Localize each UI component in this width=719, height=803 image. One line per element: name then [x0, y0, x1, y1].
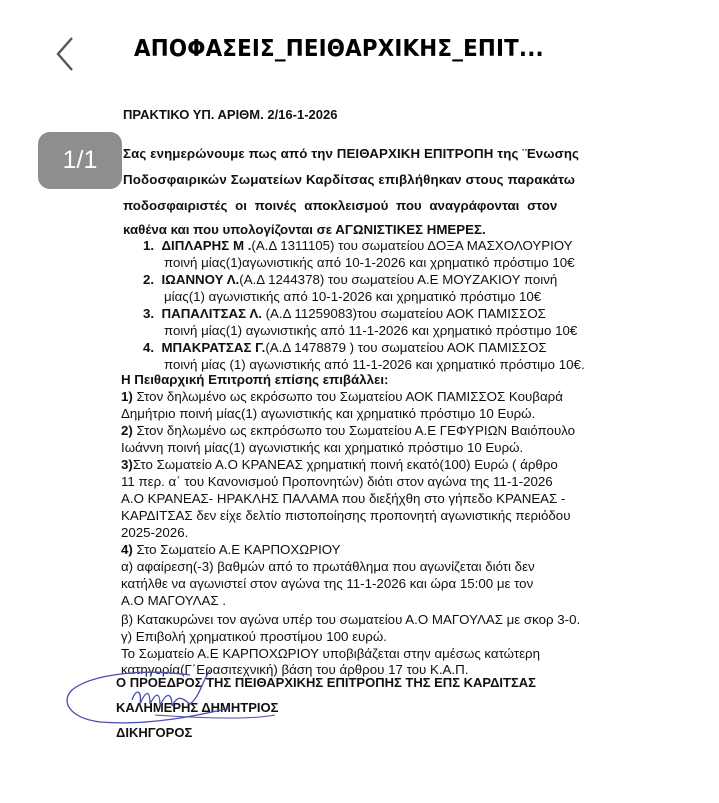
player-name: ΠΑΠΑΛΙΤΣΑΣ Λ. [161, 306, 261, 321]
decision-line: Το Σωματείο Α.Ε ΚΑΡΠΟΧΩΡΙΟΥ υποβιβάζεται… [121, 646, 540, 661]
decision-item: 3)Στο Σωματείο Α.Ο ΚΡΑΝΕΑΣ χρηματική ποι… [121, 457, 558, 472]
intro-line: καθένα και που υπολογίζονται σε ΑΓΩΝΙΣΤΙ… [123, 222, 486, 237]
decision-line: Δημήτριο ποινή μίας(1) αγωνιστικής και χ… [121, 406, 535, 421]
decision-line: γ) Επιβολή χρηματικού προστίμου 100 ευρώ… [121, 629, 387, 644]
intro-line: Ποδοσφαιρικών Σωματείων Καρδίτσας επιβλή… [123, 172, 575, 187]
decision-item: 4) Στο Σωματείο Α.Ε ΚΑΡΠΟΧΩΡΙΟΥ [121, 542, 341, 557]
list-item: 1. ΔΙΠΛΑΡΗΣ Μ .(Α.Δ 1311105) του σωματεί… [143, 238, 573, 253]
player-name: ΔΙΠΛΑΡΗΣ Μ . [161, 238, 251, 253]
list-item-detail: ποινή μίας (1) αγωνιστικής από 11-1-2026… [164, 357, 585, 372]
decision-line: 2025-2026. [121, 525, 188, 540]
page-indicator: 1/1 [38, 132, 122, 189]
back-button[interactable] [52, 34, 82, 74]
decision-line: ΚΑΡΔΙΤΣΑΣ δεν είχε δελτίο πιστοποίησης π… [121, 508, 570, 523]
intro-line: ποδοσφαιριστές οι ποινές αποκλεισμού που… [123, 198, 557, 213]
player-name: ΙΩΑΝΝΟΥ Λ. [161, 272, 239, 287]
decision-line: κατήλθε να αγωνιστεί στον αγώνα της 11-1… [121, 576, 533, 591]
signature-role: Ο ΠΡΟΕΔΡΟΣ ΤΗΣ ΠΕΙΘΑΡΧΙΚΗΣ ΕΠΙΤΡΟΠΗΣ ΤΗΣ… [116, 675, 536, 690]
chevron-left-icon [52, 34, 82, 74]
decision-line: Ιωάννη ποινή μίας(1) αγωνιστικής και χρη… [121, 440, 523, 455]
list-item: 2. ΙΩΑΝΝΟΥ Λ.(Α.Δ 1244378) του σωματείου… [143, 272, 557, 287]
intro-line: Σας ενημερώνουμε πως από την ΠΕΙΘΑΡΧΙΚΗ … [123, 146, 579, 161]
signature-title: ΔΙΚΗΓΟΡΟΣ [116, 725, 192, 740]
signature-name: ΚΑΛΗΜΕΡΗΣ ΔΗΜΗΤΡΙΟΣ [116, 700, 278, 715]
list-item-detail: μίας(1) αγωνιστικής από 10-1-2026 και χρ… [164, 289, 541, 304]
document-reference: ΠΡΑΚΤΙΚΟ ΥΠ. ΑΡΙΘΜ. 2/16-1-2026 [123, 107, 337, 122]
document-title: ΑΠΟΦΑΣΕΙΣ_ΠΕΙΘΑΡΧΙΚΗΣ_ΕΠΙΤ... [134, 36, 544, 62]
player-name: ΜΠΑΚΡΑΤΣΑΣ Γ. [161, 340, 265, 355]
list-item-detail: ποινή μίας(1) αγωνιστικής από 11-1-2026 … [164, 323, 577, 338]
decision-item: 1) Στον δηλωμένο ως εκρόσωπο του Σωματεί… [121, 389, 563, 404]
decision-line: 11 περ. α΄ του Κανονισμού Προπονητών) δι… [121, 474, 553, 489]
decision-line: Α.Ο ΜΑΓΟΥΛΑΣ . [121, 593, 226, 608]
top-bar: ΑΠΟΦΑΣΕΙΣ_ΠΕΙΘΑΡΧΙΚΗΣ_ΕΠΙΤ... [0, 0, 719, 100]
decision-line: α) αφαίρεση(-3) βαθμών από το πρωτάθλημα… [121, 559, 535, 574]
list-item: 4. ΜΠΑΚΡΑΤΣΑΣ Γ.(Α.Δ 1478879 ) του σωματ… [143, 340, 547, 355]
list-item: 3. ΠΑΠΑΛΙΤΣΑΣ Λ. (Α.Δ 11259083)του σωματ… [143, 306, 546, 321]
section-heading: Η Πειθαρχική Επιτροπή επίσης επιβάλλει: [121, 372, 388, 387]
list-item-detail: ποινή μίας(1)αγωνιστικής από 10-1-2026 κ… [164, 255, 575, 270]
decision-line: Α.Ο ΚΡΑΝΕΑΣ- ΗΡΑΚΛΗΣ ΠΑΛΑΜΑ που διεξήχθη… [121, 491, 565, 506]
decision-line: β) Κατακυρώνει τον αγώνα υπέρ του σωματε… [121, 612, 580, 627]
decision-item: 2) Στον δηλωμένο ως εκπρόσωπο του Σωματε… [121, 423, 575, 438]
